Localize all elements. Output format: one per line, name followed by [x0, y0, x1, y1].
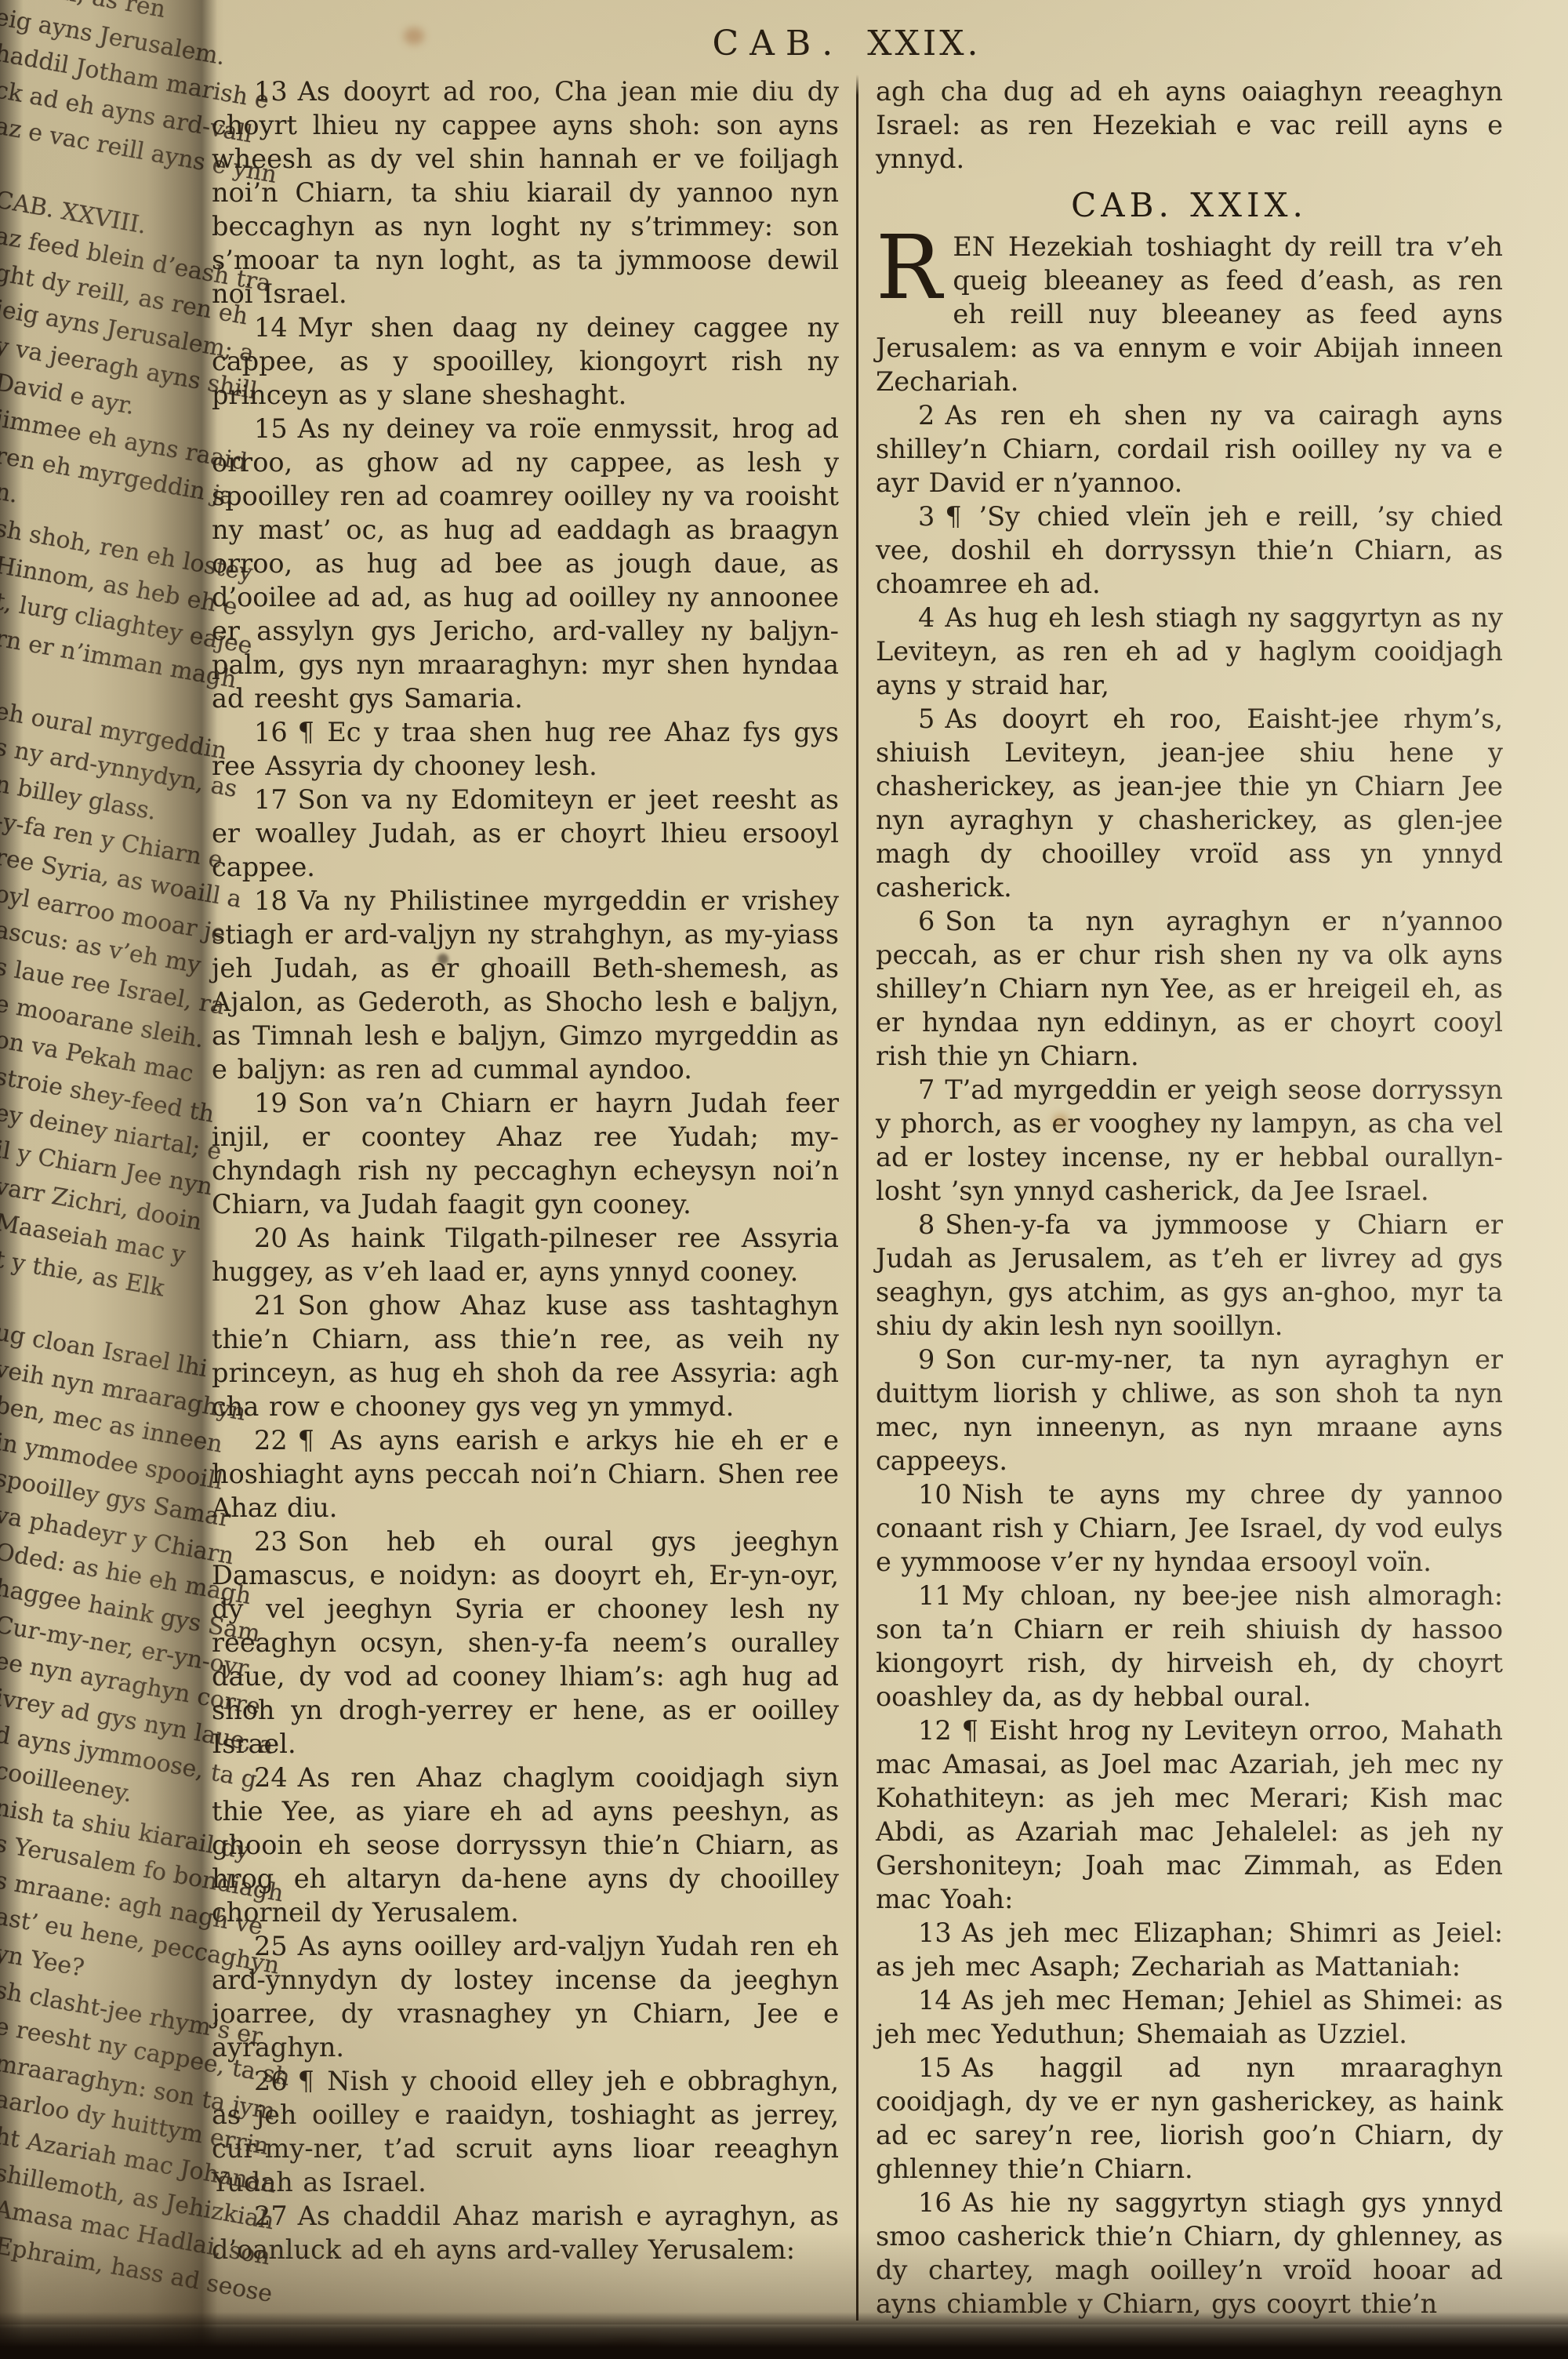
verse: 8Shen-y-fa va jymmoose y Chiarn er Judah… [876, 1208, 1503, 1343]
verse: 4As hug eh lesh stiagh ny saggyrtyn as n… [876, 601, 1503, 702]
verse: 24As ren Ahaz chaglym cooidjagh siyn thi… [212, 1761, 839, 1929]
verse-number: 11 [918, 1580, 962, 1611]
verse-number: 14 [918, 1985, 962, 2016]
verse-text: ¶ As ayns earish e arkys hie eh er e hos… [212, 1425, 839, 1523]
verse-text: As hug eh lesh stiagh ny saggyrtyn as ny… [876, 602, 1503, 700]
verse-number: 27 [254, 2201, 298, 2231]
verse: 26¶ Nish y chooid elley jeh e obbraghyn,… [212, 2064, 839, 2199]
verse-number: 9 [918, 1344, 945, 1375]
verse-number: 13 [254, 76, 298, 107]
verse-text: As dooyrt eh roo, Eaisht-jee rhym’s, shi… [876, 703, 1503, 903]
verse-text: Va ny Philistinee myrgeddin er vrishey s… [212, 885, 839, 1085]
verse-text: As jeh mec Elizaphan; Shimri as Jeiel: a… [876, 1917, 1503, 1982]
verse: 14As jeh mec Heman; Jehiel as Shimei: as… [876, 1983, 1503, 2051]
verse: 21Son ghow Ahaz kuse ass tashtaghyn thie… [212, 1289, 839, 1423]
verse-number: 2 [918, 400, 945, 431]
verse: 7T’ad myrgeddin er yeigh seose dorryssyn… [876, 1073, 1503, 1208]
verse-text: As haink Tilgath-pilneser ree Assyria hu… [212, 1223, 839, 1287]
verse-number: 16 [254, 717, 298, 747]
verse-text: Son va ny Edomiteyn er jeet reesht as er… [212, 784, 839, 882]
verse: 23Son heb eh oural gys jeeghyn Damascus,… [212, 1525, 839, 1761]
chapter-heading: CAB. XXIX. [876, 188, 1503, 222]
verse-text: Shen-y-fa va jymmoose y Chiarn er Judah … [876, 1209, 1503, 1341]
verse-text: ¶ Nish y chooid elley jeh e obbraghyn, a… [212, 2066, 839, 2197]
verse: REN Hezekiah toshiaght dy reill tra v’eh… [876, 230, 1503, 398]
verse-number: 4 [918, 602, 945, 633]
verse-number: 7 [918, 1074, 945, 1105]
verse-number: 24 [254, 1762, 298, 1793]
verse-text: Myr shen daag ny deiney caggee ny cappee… [212, 312, 839, 410]
verse: 15As ny deiney va roïe enmyssit, hrog ad… [212, 412, 839, 715]
verse: 9Son cur-my-ner, ta nyn ayraghyn er duit… [876, 1343, 1503, 1478]
verse: 11My chloan, ny bee-jee nish almoragh: s… [876, 1579, 1503, 1714]
text-column-right: agh cha dug ad eh ayns oaiaghyn reeaghyn… [876, 75, 1503, 2321]
verse-number: 15 [254, 413, 298, 444]
verse-text: As hie ny saggyrtyn stiagh gys ynnyd smo… [876, 2187, 1503, 2319]
verse-text: Son cur-my-ner, ta nyn ayraghyn er duitt… [876, 1344, 1503, 1476]
verse-text: As ren Ahaz chaglym cooidjagh siyn thie … [212, 1762, 839, 1928]
verse-number: 25 [254, 1931, 298, 1961]
verse: 3¶ ’Sy chied vleïn jeh e reill, ’sy chie… [876, 500, 1503, 601]
verse: 16¶ Ec y traa shen hug ree Ahaz fys gys … [212, 715, 839, 783]
verse-number: 19 [254, 1088, 298, 1118]
verse-number: 6 [918, 906, 945, 936]
verse: 20As haink Tilgath-pilneser ree Assyria … [212, 1221, 839, 1289]
verse-text: Son ghow Ahaz kuse ass tashtaghyn thie’n… [212, 1290, 839, 1422]
running-head-book: CAB. [712, 24, 844, 64]
verse-number: 12 [918, 1715, 962, 1746]
verse-text: Nish te ayns my chree dy yannoo conaant … [876, 1479, 1503, 1577]
verse: 13As dooyrt ad roo, Cha jean mie diu dy … [212, 75, 839, 311]
verse: 17Son va ny Edomiteyn er jeet reesht as … [212, 783, 839, 884]
verse: 15As haggil ad nyn mraaraghyn cooidjagh,… [876, 2051, 1503, 2186]
verse-number: 17 [254, 784, 298, 815]
verse: 5As dooyrt eh roo, Eaisht-jee rhym’s, sh… [876, 702, 1503, 904]
verse: 14Myr shen daag ny deiney caggee ny capp… [212, 311, 839, 412]
verse-number: 18 [254, 885, 298, 916]
verse-number: 26 [254, 2066, 298, 2096]
verse: 6Son ta nyn ayraghyn er n’yannoo peccah,… [876, 904, 1503, 1073]
verse-text: Son va’n Chiarn er hayrn Judah feer inji… [212, 1088, 839, 1219]
drop-cap: R [876, 230, 953, 300]
verse-text: As dooyrt ad roo, Cha jean mie diu dy ch… [212, 76, 839, 309]
verse-text: As ny deiney va roïe enmyssit, hrog ad o… [212, 413, 839, 714]
verse-text: EN Hezekiah toshiaght dy reill tra v’eh … [876, 231, 1503, 397]
verse-number: 13 [918, 1917, 962, 1948]
verse-text: ¶ Ec y traa shen hug ree Ahaz fys gys re… [212, 717, 839, 781]
verse-number: 8 [918, 1209, 945, 1240]
verse-text: ¶ Eisht hrog ny Leviteyn orroo, Mahath m… [876, 1715, 1503, 1914]
verse: 22¶ As ayns earish e arkys hie eh er e h… [212, 1423, 839, 1525]
verse-number: 23 [254, 1526, 298, 1557]
verse: 25As ayns ooilley ard-valjyn Yudah ren e… [212, 1929, 839, 2064]
verse-text: ¶ ’Sy chied vleïn jeh e reill, ’sy chied… [876, 501, 1503, 599]
verse: 2As ren eh shen ny va cairagh ayns shill… [876, 398, 1503, 500]
verse: 13As jeh mec Elizaphan; Shimri as Jeiel:… [876, 1916, 1503, 1983]
running-head-chapter: XXIX. [867, 24, 981, 64]
verse-number: 16 [918, 2187, 962, 2218]
verse: 12¶ Eisht hrog ny Leviteyn orroo, Mahath… [876, 1714, 1503, 1916]
verse-text: T’ad myrgeddin er yeigh seose dorryssyn … [876, 1074, 1503, 1206]
text-column-left: 13As dooyrt ad roo, Cha jean mie diu dy … [212, 75, 839, 2321]
right-column-verses: 2As ren eh shen ny va cairagh ayns shill… [876, 398, 1503, 2321]
verse-number: 20 [254, 1223, 298, 1253]
column-divider-rule [856, 75, 858, 2321]
verse-number: 21 [254, 1290, 298, 1321]
verse-text: Son ta nyn ayraghyn er n’yannoo peccah, … [876, 906, 1503, 1071]
verse-text: Son heb eh oural gys jeeghyn Damascus, e… [212, 1526, 839, 1759]
verse-text: As chaddil Ahaz marish e ayraghyn, as d’… [212, 2201, 839, 2265]
running-head: CAB.XXIX. [212, 24, 1482, 64]
verse-number: 3 [918, 501, 945, 532]
table-edge-band [0, 2312, 1568, 2359]
verse-text: As jeh mec Heman; Jehiel as Shimei: as j… [876, 1985, 1503, 2049]
verse: 19Son va’n Chiarn er hayrn Judah feer in… [212, 1086, 839, 1221]
verse-text: My chloan, ny bee-jee nish almoragh: son… [876, 1580, 1503, 1712]
book-scan-photo: dy reill, as reneig ayns Jerusalem.haddi… [0, 0, 1568, 2359]
continuation-paragraph: agh cha dug ad eh ayns oaiaghyn reeaghyn… [876, 75, 1503, 176]
verse-number: 10 [918, 1479, 962, 1510]
verse-text: As ayns ooilley ard-valjyn Yudah ren eh … [212, 1931, 839, 2063]
verse: 10Nish te ayns my chree dy yannoo conaan… [876, 1478, 1503, 1579]
verse-number: 5 [918, 703, 945, 734]
verse-number: 22 [254, 1425, 298, 1456]
verse: 16As hie ny saggyrtyn stiagh gys ynnyd s… [876, 2186, 1503, 2321]
verse-text: As haggil ad nyn mraaraghyn cooidjagh, d… [876, 2052, 1503, 2184]
verse: 27As chaddil Ahaz marish e ayraghyn, as … [212, 2199, 839, 2266]
text-columns: 13As dooyrt ad roo, Cha jean mie diu dy … [212, 75, 1513, 2321]
book-page: CAB.XXIX. 13As dooyrt ad roo, Cha jean m… [212, 0, 1513, 2359]
verse-number: 14 [254, 312, 298, 343]
verse-text: As ren eh shen ny va cairagh ayns shille… [876, 400, 1503, 498]
verse: 18Va ny Philistinee myrgeddin er vrishey… [212, 884, 839, 1086]
verse-number: 15 [918, 2052, 962, 2083]
